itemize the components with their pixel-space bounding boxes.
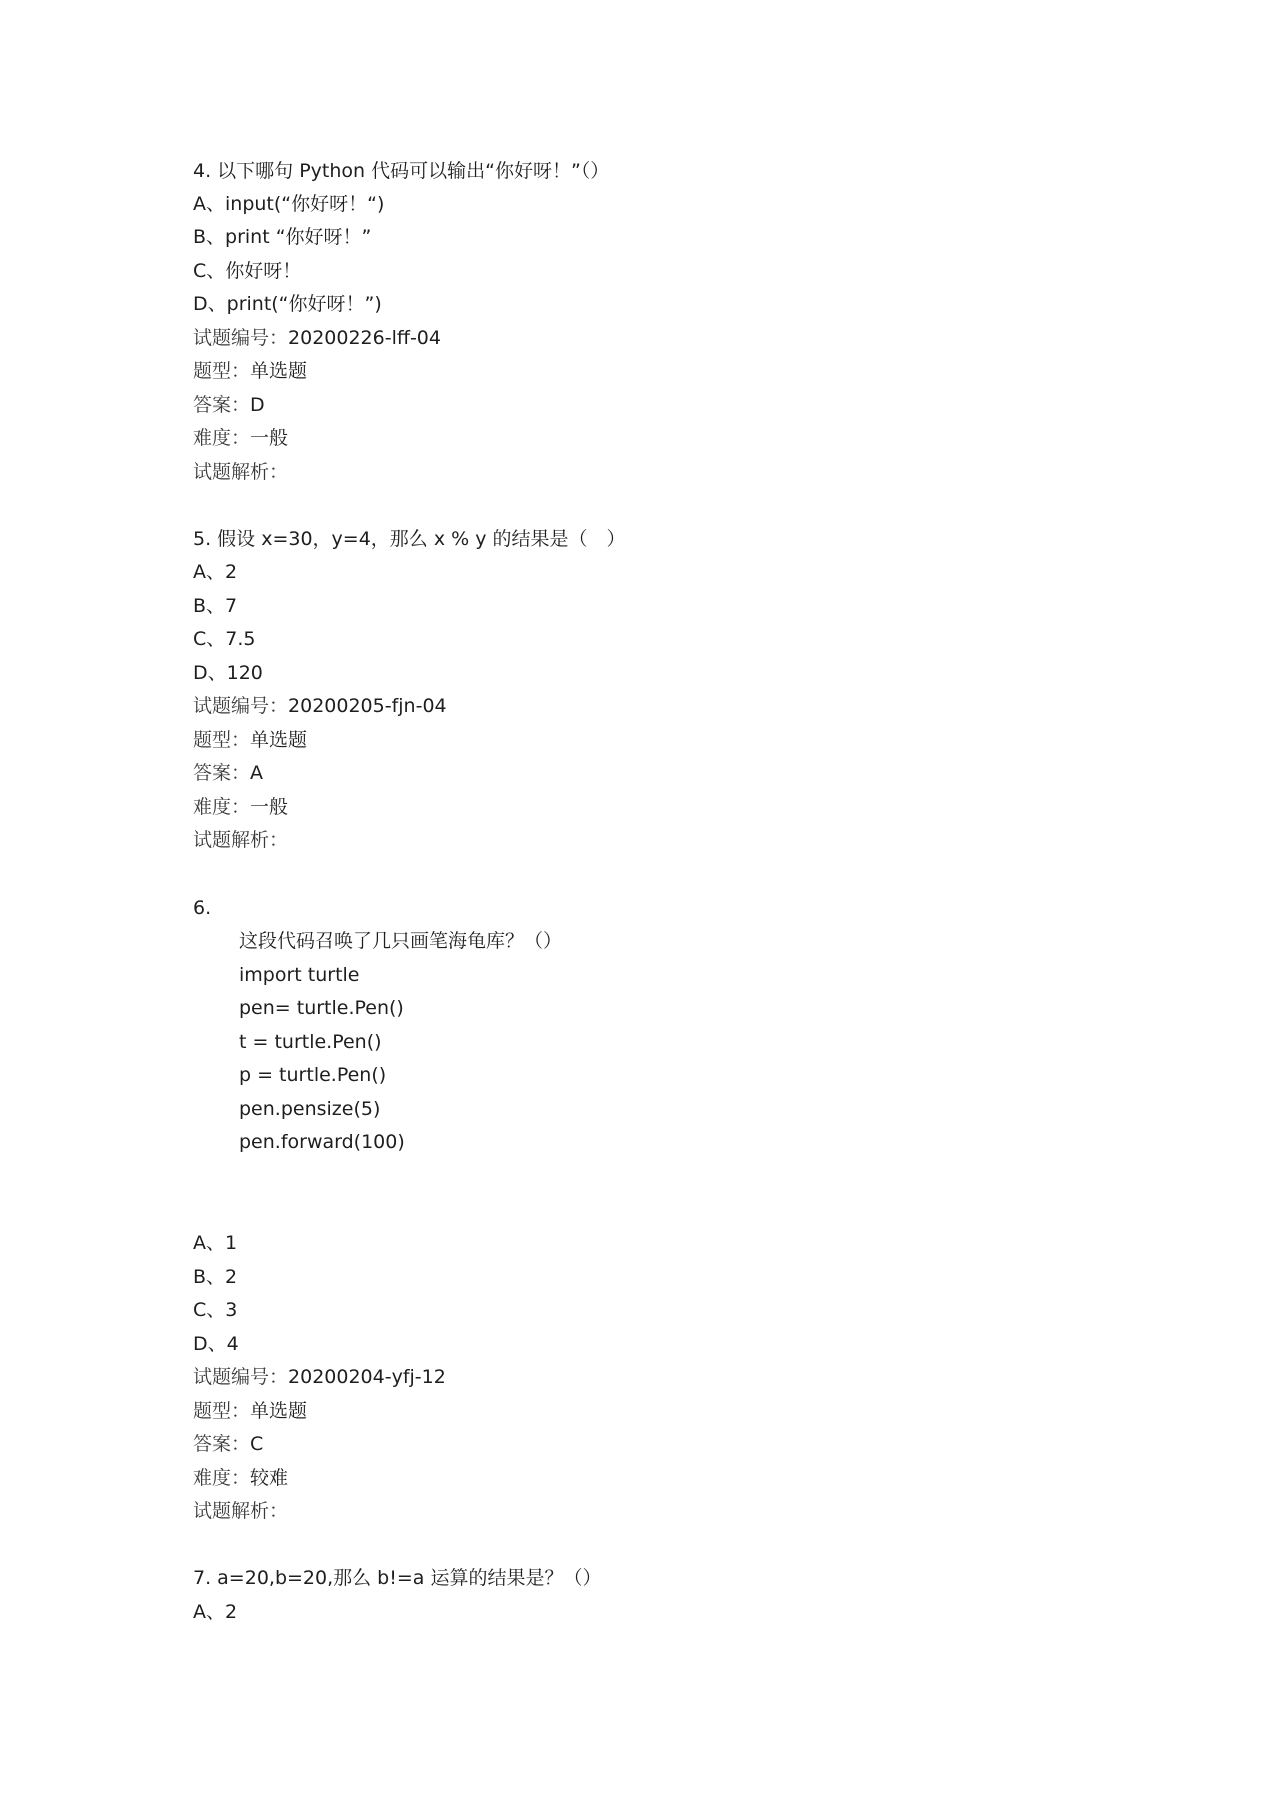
question-type-value: 单选题 xyxy=(250,360,307,382)
option-b: B、print “你好呀！” xyxy=(193,221,371,253)
question-analysis-label: 试题解析： xyxy=(193,461,288,483)
option-c: C、3 xyxy=(193,1294,237,1326)
question-id: 试题编号：20200226-lff-04 xyxy=(193,322,441,354)
question-number: 6. xyxy=(193,892,211,924)
question-id-label: 试题编号： xyxy=(193,327,288,349)
question-type-value: 单选题 xyxy=(250,729,307,751)
question-difficulty-label: 难度： xyxy=(193,796,250,818)
question-difficulty: 难度：一般 xyxy=(193,422,288,454)
question-analysis-label: 试题解析： xyxy=(193,1500,288,1522)
option-d: D、print(“你好呀！”) xyxy=(193,288,382,320)
question-stem: 4. 以下哪句 Python 代码可以输出“你好呀！”（） xyxy=(193,155,609,187)
document-page: 4. 以下哪句 Python 代码可以输出“你好呀！”（） A、input(“你… xyxy=(0,0,1279,1808)
question-answer-label: 答案： xyxy=(193,762,250,784)
question-id: 试题编号：20200204-yfj-12 xyxy=(193,1361,446,1393)
question-id: 试题编号：20200205-fjn-04 xyxy=(193,690,447,722)
question-id-value: 20200205-fjn-04 xyxy=(288,695,447,717)
question-type-label: 题型： xyxy=(193,1400,250,1422)
option-b: B、7 xyxy=(193,590,237,622)
question-type-label: 题型： xyxy=(193,729,250,751)
question-analysis: 试题解析： xyxy=(193,1495,288,1527)
question-id-label: 试题编号： xyxy=(193,1366,288,1388)
question-difficulty: 难度：较难 xyxy=(193,1462,288,1494)
question-analysis: 试题解析： xyxy=(193,824,288,856)
question-answer-label: 答案： xyxy=(193,394,250,416)
code-line: pen= turtle.Pen() xyxy=(239,992,404,1024)
question-answer-value: D xyxy=(250,394,265,416)
question-id-value: 20200226-lff-04 xyxy=(288,327,441,349)
option-a: A、2 xyxy=(193,1596,237,1628)
question-type-label: 题型： xyxy=(193,360,250,382)
question-difficulty-label: 难度： xyxy=(193,427,250,449)
question-id-value: 20200204-yfj-12 xyxy=(288,1366,446,1388)
option-d: D、4 xyxy=(193,1328,239,1360)
question-stem: 5. 假设 x=30，y=4，那么 x % y 的结果是（ ） xyxy=(193,523,626,555)
option-a: A、input(“你好呀！“) xyxy=(193,188,384,220)
question-answer: 答案：A xyxy=(193,757,263,789)
question-difficulty-value: 一般 xyxy=(250,427,288,449)
question-answer-label: 答案： xyxy=(193,1433,250,1455)
question-difficulty-label: 难度： xyxy=(193,1467,250,1489)
option-d: D、120 xyxy=(193,657,263,689)
option-a: A、1 xyxy=(193,1227,237,1259)
question-stem: 7. a=20,b=20,那么 b!=a 运算的结果是？（） xyxy=(193,1562,601,1594)
question-type: 题型：单选题 xyxy=(193,724,307,756)
question-analysis: 试题解析： xyxy=(193,456,288,488)
code-line: p = turtle.Pen() xyxy=(239,1059,386,1091)
question-answer-value: A xyxy=(250,762,263,784)
question-difficulty: 难度：一般 xyxy=(193,791,288,823)
code-line: t = turtle.Pen() xyxy=(239,1026,382,1058)
question-answer: 答案：D xyxy=(193,389,265,421)
option-c: C、7.5 xyxy=(193,623,255,655)
code-line: pen.pensize(5) xyxy=(239,1093,380,1125)
question-type-value: 单选题 xyxy=(250,1400,307,1422)
question-analysis-label: 试题解析： xyxy=(193,829,288,851)
question-type: 题型：单选题 xyxy=(193,355,307,387)
question-id-label: 试题编号： xyxy=(193,695,288,717)
question-stem: 这段代码召唤了几只画笔海龟库？（） xyxy=(239,925,562,957)
question-answer: 答案：C xyxy=(193,1428,263,1460)
question-difficulty-value: 一般 xyxy=(250,796,288,818)
code-line: import turtle xyxy=(239,959,360,991)
question-type: 题型：单选题 xyxy=(193,1395,307,1427)
code-line: pen.forward(100) xyxy=(239,1126,405,1158)
option-c: C、你好呀！ xyxy=(193,255,301,287)
option-a: A、2 xyxy=(193,556,237,588)
option-b: B、2 xyxy=(193,1261,237,1293)
question-answer-value: C xyxy=(250,1433,263,1455)
question-difficulty-value: 较难 xyxy=(250,1467,288,1489)
